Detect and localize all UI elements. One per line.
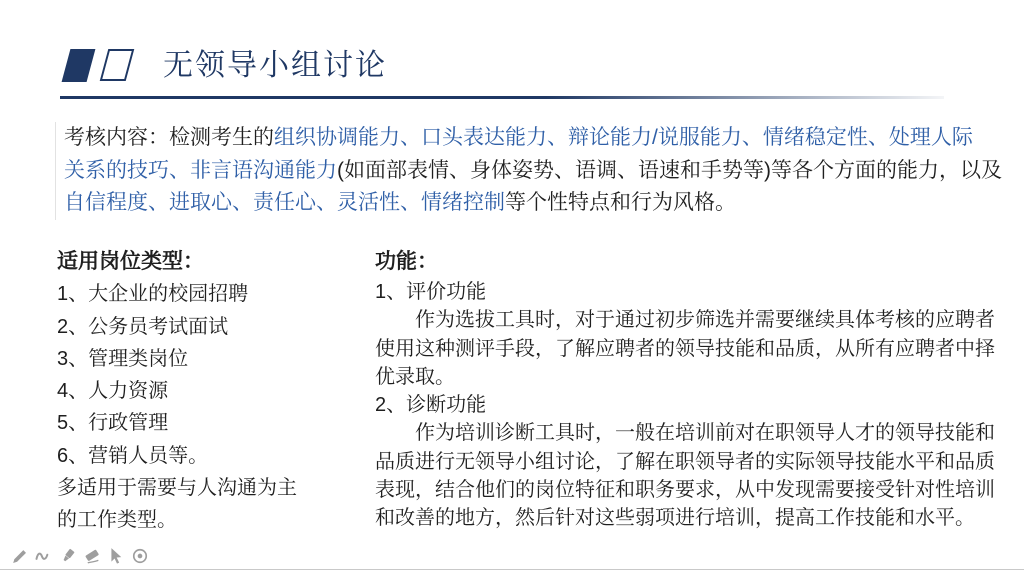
- job-type-item: 1、大企业的校园招聘: [57, 278, 367, 310]
- job-type-item: 5、行政管理: [57, 407, 367, 439]
- job-types-heading: 适用岗位类型：: [57, 246, 367, 278]
- functions-line: 和改善的地方，然后针对这些弱项进行培训，提高工作技能和水平。: [375, 504, 1000, 532]
- functions-section: 功能： 1、评价功能 作为选拔工具时，对于通过初步筛选并需要继续具体考核的应聘者…: [375, 246, 1000, 533]
- body-text: 等个性特点和行为风格。: [505, 191, 736, 214]
- assessment-paragraph: 考核内容：检测考生的组织协调能力、口头表达能力、辩论能力/说服能力、情绪稳定性、…: [55, 122, 1002, 220]
- presentation-slide: 无领导小组讨论 考核内容：检测考生的组织协调能力、口头表达能力、辩论能力/说服能…: [0, 0, 1024, 576]
- title-marker-solid-parallelogram: [62, 49, 96, 82]
- emphasis-text: 自信程度、进取心、责任心、灵活性、情绪控制: [64, 191, 505, 214]
- select-cursor-icon: [106, 546, 126, 566]
- assessment-line: 自信程度、进取心、责任心、灵活性、情绪控制等个性特点和行为风格。: [64, 187, 1002, 220]
- body-text: 考核内容：检测考生的: [64, 126, 274, 149]
- annotation-toolbar: [9, 544, 151, 567]
- functions-line: 作为培训诊断工具时，一般在培训前对在职领导人才的领导技能和: [375, 419, 1000, 447]
- functions-line: 2、诊断功能: [375, 391, 1000, 419]
- slide-title: 无领导小组讨论: [163, 47, 387, 85]
- job-type-item: 3、管理类岗位: [57, 343, 367, 375]
- curve-tool-button[interactable]: [33, 544, 55, 567]
- select-cursor-tool-button[interactable]: [105, 544, 127, 567]
- job-types-section: 适用岗位类型： 1、大企业的校园招聘2、公务员考试面试3、管理类岗位4、人力资源…: [57, 246, 367, 537]
- laser-pointer-icon: [130, 546, 150, 566]
- emphasis-text: 组织协调能力、口头表达能力、辩论能力/说服能力、情绪稳定性、处理人际: [274, 126, 973, 149]
- functions-line: 品质进行无领导小组讨论，了解在职领导者的实际领导技能水平和品质: [375, 448, 1000, 476]
- functions-line: 使用这种测评手段，了解应聘者的领导技能和品质，从所有应聘者中择: [375, 335, 1000, 363]
- title-underline: [60, 96, 944, 99]
- job-types-list: 1、大企业的校园招聘2、公务员考试面试3、管理类岗位4、人力资源5、行政管理6、…: [57, 278, 367, 536]
- functions-heading: 功能：: [375, 246, 1000, 278]
- functions-line: 1、评价功能: [375, 278, 1000, 306]
- pen-tool-button[interactable]: [9, 544, 31, 567]
- curve-icon: [34, 546, 54, 566]
- title-marker-hollow-parallelogram: [100, 49, 135, 81]
- job-type-item: 的工作类型。: [57, 504, 367, 536]
- job-type-item: 多适用于需要与人沟通为主: [57, 472, 367, 504]
- marker-tool-button[interactable]: [57, 544, 79, 567]
- functions-line: 优录取。: [375, 363, 1000, 391]
- body-text: (如面部表情、身体姿势、语调、语速和手势等)等各个方面的能力，以及: [337, 159, 1002, 182]
- functions-line: 作为选拔工具时，对于通过初步筛选并需要继续具体考核的应聘者: [375, 306, 1000, 334]
- pen-icon: [10, 546, 30, 566]
- job-type-item: 4、人力资源: [57, 375, 367, 407]
- assessment-line: 关系的技巧、非言语沟通能力(如面部表情、身体姿势、语调、语速和手势等)等各个方面…: [64, 155, 1002, 188]
- toolbar-divider: [0, 569, 1024, 570]
- laser-pointer-tool-button[interactable]: [129, 544, 151, 567]
- eraser-tool-button[interactable]: [81, 544, 103, 567]
- functions-text: 1、评价功能 作为选拔工具时，对于通过初步筛选并需要继续具体考核的应聘者使用这种…: [375, 278, 1000, 533]
- emphasis-text: 关系的技巧、非言语沟通能力: [64, 159, 337, 182]
- assessment-line: 考核内容：检测考生的组织协调能力、口头表达能力、辩论能力/说服能力、情绪稳定性、…: [64, 122, 1002, 155]
- marker-icon: [58, 546, 78, 566]
- job-type-item: 2、公务员考试面试: [57, 311, 367, 343]
- functions-line: 表现，结合他们的岗位特征和职务要求，从中发现需要接受针对性培训: [375, 476, 1000, 504]
- eraser-icon: [82, 546, 102, 566]
- job-type-item: 6、营销人员等。: [57, 440, 367, 472]
